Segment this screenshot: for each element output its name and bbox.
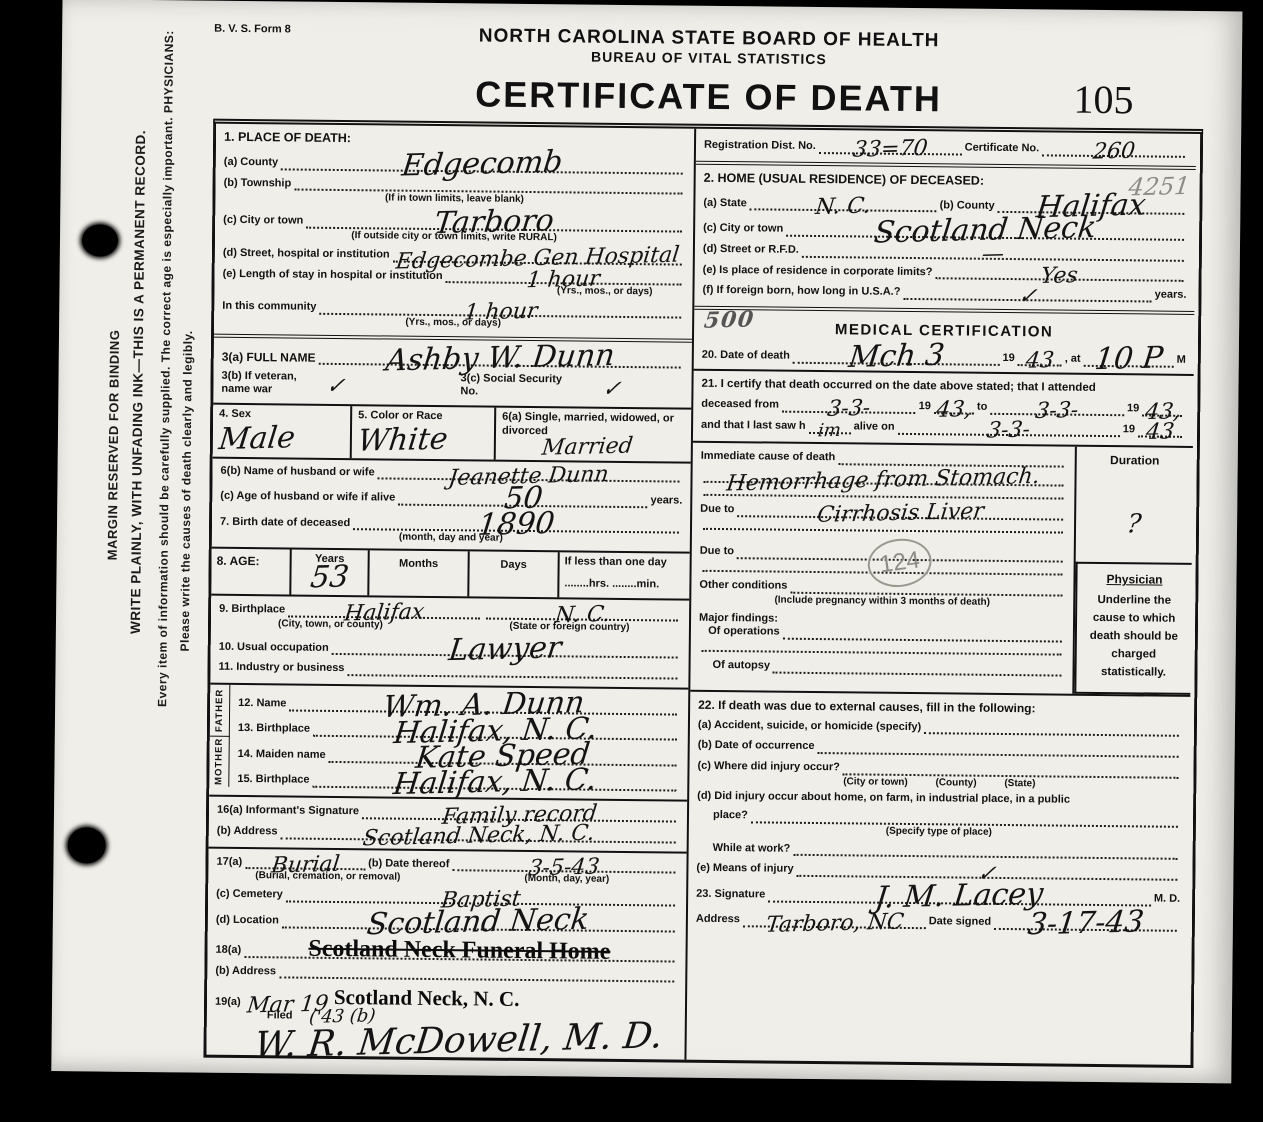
- age-months-label: Months: [399, 558, 438, 570]
- father-birthplace-row: 13. Birthplace Halifax, N. C.: [238, 717, 680, 740]
- from-19: 19: [919, 401, 931, 415]
- marital-cell: 6(a) Single, married, widowed, or divorc…: [496, 408, 692, 462]
- occurrence-date-field: [817, 748, 1178, 758]
- pencil-500: 500: [703, 311, 755, 329]
- accident-field: [924, 728, 1179, 737]
- attended-from-year: 43,: [935, 402, 972, 419]
- cemetery-location-label: (d) Location: [216, 913, 279, 927]
- hospital-label: (d) Street, hospital or institution: [223, 247, 390, 262]
- date-signed-label: Date signed: [929, 915, 991, 929]
- burial-date-label: (b) Date thereof: [368, 857, 449, 872]
- sex-value: Male: [218, 427, 297, 451]
- birthdate-field: 1890: [353, 512, 679, 534]
- mother-name-field: Kate Speed: [329, 744, 677, 766]
- last-saw-year-value: 43: [1145, 425, 1175, 442]
- attended-to-field: 3-3-: [990, 403, 1124, 417]
- mother-name-row: 14. Maiden name Kate Speed: [238, 743, 680, 766]
- injury-place-label2: place?: [713, 809, 748, 823]
- home-state-row: (a) State N. C. (b) County Halifax: [703, 192, 1187, 216]
- father-birthplace-label: 13. Birthplace: [238, 722, 310, 737]
- home-state-label: (a) State: [703, 196, 747, 210]
- due-to-2-label: Due to: [700, 545, 734, 559]
- home-heading: 2. HOME (USUAL RESIDENCE) OF DECEASED:: [704, 171, 1188, 190]
- accident-row: (a) Accident, suicide, or homicide (spec…: [698, 718, 1182, 737]
- occupation-row: 10. Usual occupation Lawyer: [219, 636, 681, 659]
- burial-type-row: 17(a) Burial (b) Date thereof 3-5-43: [216, 855, 678, 874]
- attended-from-year-field: 43,: [934, 402, 974, 415]
- attended-to-year-field: 43,: [1142, 404, 1182, 417]
- date-of-death-year-field: 43: [1018, 353, 1062, 366]
- physician-signature-label: 23. Signature: [696, 888, 765, 902]
- funeral-address-field: [279, 973, 674, 983]
- age-years-value: 53: [309, 566, 350, 590]
- to-19: 19: [1127, 403, 1139, 417]
- stay-field: 1 hour: [446, 271, 682, 286]
- spouse-age-label: (c) Age of husband or wife if alive: [220, 490, 395, 506]
- physician-note: Underline the cause to which death shoul…: [1081, 592, 1186, 682]
- father-name-label: 12. Name: [238, 697, 286, 711]
- age-less-cell: If less than one day ........hrs. ......…: [559, 553, 689, 599]
- county-value: Edgecomb: [400, 151, 563, 177]
- race-cell: 5. Color or Race White: [352, 406, 497, 459]
- certificate-title: CERTIFICATE OF DEATH: [475, 73, 942, 119]
- occurrence-date-label: (b) Date of occurrence: [698, 739, 815, 754]
- physician-address-value: Tarboro, NC: [764, 914, 904, 934]
- occurrence-date-row: (b) Date of occurrence: [698, 739, 1182, 758]
- physician-address-label: Address: [696, 913, 740, 927]
- registration-dist-field: 33=70: [819, 141, 962, 155]
- cause-of-death-block: Immediate cause of death Hemorrhage from…: [690, 441, 1193, 695]
- burial-type-field: Burial: [245, 857, 365, 871]
- certificate-no-value: 260: [1092, 144, 1136, 162]
- foreign-born-label: (f) If foreign born, how long in U.S.A.?: [702, 284, 900, 300]
- lastsaw-19: 19: [1123, 423, 1135, 437]
- mother-birthplace-label: 15. Birthplace: [237, 773, 309, 788]
- accident-label: (a) Accident, suicide, or homicide (spec…: [698, 718, 921, 734]
- external-causes-heading: 22. If death was due to external causes,…: [698, 697, 1182, 716]
- filed-row: 19(a) Mar 19 Scotland Neck, N. C.: [215, 984, 677, 1014]
- md-suffix: M. D.: [1154, 892, 1180, 906]
- date-signed-field: 3-17-43: [994, 911, 1177, 931]
- cemetery-location-value: Scotland Neck: [366, 909, 591, 937]
- hospital-field: Edgecombe Gen Hospital: [393, 250, 682, 266]
- veteran-label: 3(b) If veteran,name war: [221, 369, 296, 397]
- occupation-value: Lawyer: [447, 637, 562, 662]
- city-value: Tarboro: [433, 210, 555, 235]
- age-table: 8. AGE: Years 53 Months Days If less tha…: [211, 547, 689, 601]
- place-of-death-heading: 1. PLACE OF DEATH:: [224, 130, 686, 149]
- burial-type-value: Burial: [270, 857, 340, 875]
- date-of-death-label: 20. Date of death: [702, 349, 790, 364]
- township-label: (b) Township: [224, 176, 292, 190]
- corporate-limits-field: Yes: [935, 267, 1183, 282]
- mother-birthplace-field: Halifax, N. C.: [312, 769, 676, 791]
- burial-date-field: 3-5-43: [452, 859, 675, 874]
- attended-to-label: to: [977, 401, 988, 415]
- attended-from-field: 3-3-: [782, 400, 916, 414]
- immediate-cause-value-row: Hemorrhage from Stomach.: [700, 470, 1066, 486]
- physician-signature-row: 23. Signature J. M. Lacey M. D.: [696, 883, 1180, 907]
- race-value: White: [357, 428, 449, 453]
- last-saw-date-field: 3-3-: [897, 422, 1119, 437]
- corporate-limits-value: Yes: [1040, 268, 1079, 285]
- date-of-death-year-value: 43: [1025, 353, 1055, 370]
- home-city-label: (c) City or town: [703, 222, 783, 237]
- age-label: 8. AGE:: [217, 554, 260, 568]
- informant-address-label: (b) Address: [217, 824, 278, 838]
- county-of-death-row: (a) County Edgecomb: [224, 151, 686, 174]
- hospital-row: (d) Street, hospital or institution Edge…: [223, 247, 685, 266]
- county-label: (a) County: [224, 156, 279, 170]
- home-street-field: —: [802, 245, 1184, 262]
- full-name-label: 3(a) FULL NAME: [222, 349, 316, 364]
- spacer-line-4: [699, 646, 1065, 656]
- punch-hole-top: [82, 224, 118, 256]
- full-name-field: Ashby W. Dunn: [318, 346, 680, 368]
- certificate-serial-number: 105: [1073, 76, 1133, 124]
- foreign-born-field: ✓: [903, 287, 1151, 302]
- cemetery-row: (c) Cemetery Baptist: [216, 888, 678, 907]
- home-county-label: (b) County: [940, 199, 995, 213]
- immediate-cause-value: Hemorrhage from Stomach.: [726, 469, 1041, 493]
- home-state-field: N. C.: [750, 198, 937, 212]
- last-saw-year-field: 43: [1138, 425, 1182, 438]
- due-to-1-field: Cirrhosis Liver: [737, 505, 1063, 521]
- date-of-death-month-value: Mch 3: [847, 345, 945, 370]
- major-findings-label: Major findings: Of operations: [699, 611, 780, 639]
- mother-birthplace-row: 15. Birthplace Halifax, N. C.: [237, 768, 679, 791]
- last-saw-label: and that I last saw h: [701, 419, 806, 434]
- funeral-director-label: 18(a): [215, 943, 241, 957]
- birthplace-label: 9. Birthplace: [219, 603, 285, 617]
- city-label: (c) City or town: [223, 214, 303, 229]
- spouse-label: 6(b) Name of husband or wife: [221, 464, 375, 479]
- city-field: Tarboro: [306, 210, 682, 232]
- date-signed-value: 3-17-43: [1026, 911, 1144, 936]
- birthplace-city-field: Halifax: [288, 605, 480, 620]
- means-of-injury-label: (e) Means of injury: [696, 862, 793, 877]
- last-saw-alive-label: alive on: [854, 421, 895, 435]
- mother-side-box: MOTHER: [209, 736, 230, 787]
- margin-legibly-note: Please write the causes of death clearly…: [178, 330, 195, 651]
- while-at-work-field: [793, 850, 1177, 860]
- corporate-limits-label: (e) Is place of residence in corporate l…: [703, 263, 933, 279]
- spouse-age-suffix: years.: [650, 494, 682, 508]
- due-to-1-duration: ?: [1126, 515, 1142, 535]
- registration-dist-value: 33=70: [852, 141, 928, 159]
- last-saw-him-field: im: [809, 424, 851, 434]
- attended-from-row: deceased from 3-3- 19 43, to 3-3- 19 43,: [701, 398, 1185, 417]
- dod-m-suffix: M: [1177, 354, 1186, 368]
- foreign-born-row: (f) If foreign born, how long in U.S.A.?…: [702, 284, 1186, 303]
- injury-place-label: (d) Did injury occur about home, on farm…: [697, 790, 1181, 807]
- injury-where-label: (c) Where did injury occur?: [697, 760, 840, 775]
- foreign-born-suffix: years.: [1155, 289, 1187, 303]
- while-at-work-row: While at work?: [697, 841, 1181, 860]
- ssn-checkmark: ✓: [601, 382, 621, 399]
- autopsy-row: Of autopsy: [698, 659, 1064, 677]
- margin-physicians-note: Every item of information should be care…: [155, 30, 176, 707]
- margin-permanent-record-note: WRITE PLAINLY, WITH UNFADING INK—THIS IS…: [128, 130, 148, 634]
- informant-address-value: Scotland Neck, N. C.: [361, 826, 595, 848]
- due-to-2-field: 124: [737, 537, 1063, 562]
- informant-signature-field: Family record: [362, 807, 676, 823]
- age-hrs-min-label: ........hrs. ........min.: [564, 577, 684, 592]
- last-saw-date-value: 3-3-: [986, 423, 1031, 441]
- registrar-signature: W. R. McDowell, M. D.: [253, 1022, 664, 1059]
- margin-binding-note: MARGIN RESERVED FOR BINDING: [105, 330, 122, 561]
- informant-address-row: (b) Address Scotland Neck, N. C.: [217, 824, 679, 843]
- mother-side-label: MOTHER: [213, 738, 224, 785]
- corporate-limits-row: (e) Is place of residence in corporate l…: [703, 263, 1187, 282]
- date-of-death-row: 20. Date of death Mch 3 19 43 , at 10 P …: [702, 344, 1186, 368]
- cemetery-label: (c) Cemetery: [216, 888, 283, 902]
- full-name-row: 3(a) FULL NAME Ashby W. Dunn: [222, 345, 684, 368]
- filed-item-label: 19(a): [215, 995, 241, 1009]
- date-of-death-time-value: 10 P: [1093, 347, 1163, 371]
- mother-birthplace-value: Halifax, N. C.: [392, 769, 598, 797]
- dod-at: , at: [1065, 352, 1081, 366]
- burial-date-value: 3-5-43: [528, 859, 601, 877]
- ssn-row: 3(c) Social SecurityNo. ✓: [452, 372, 691, 402]
- date-of-death-time-field: 10 P: [1084, 348, 1174, 367]
- physician-address-field: Tarboro, NC: [743, 915, 926, 929]
- dod-19-prefix: 19: [1002, 352, 1014, 366]
- birthplace-state-field: N. C.: [486, 607, 678, 622]
- burial-type-label: 17(a): [216, 855, 242, 869]
- scanned-death-certificate: MARGIN RESERVED FOR BINDING WRITE PLAINL…: [0, 0, 1263, 1122]
- funeral-address-row: (b) Address: [215, 964, 677, 983]
- autopsy-field: [773, 667, 1062, 676]
- autopsy-label: Of autopsy: [712, 659, 770, 673]
- registrar-signature-row: W. R. McDowell, M. D.: [214, 1025, 676, 1060]
- physician-title: Physician: [1082, 572, 1186, 587]
- spouse-age-field: 50: [398, 487, 647, 508]
- cemetery-location-row: (d) Location Scotland Neck: [216, 909, 678, 932]
- while-at-work-label: While at work?: [713, 841, 791, 856]
- birthdate-label: 7. Birth date of deceased: [220, 515, 350, 530]
- operations-field: [783, 634, 1062, 643]
- home-street-label: (d) Street or R.F.D.: [703, 243, 799, 258]
- informant-signature-label: 16(a) Informant's Signature: [217, 804, 359, 819]
- parents-block: FATHER MOTHER 12. Name Wm. A. Dunn 13. B…: [209, 683, 688, 792]
- father-side-box: FATHER: [210, 685, 231, 737]
- birthplace-city-value: Halifax: [343, 605, 425, 624]
- certificate-no-field: 260: [1042, 144, 1185, 158]
- punch-hole-bottom: [67, 827, 105, 863]
- due-to-1-label: Due to: [700, 503, 734, 517]
- registration-dist-label: Registration Dist. No.: [704, 139, 816, 154]
- occupation-label: 10. Usual occupation: [219, 640, 329, 655]
- due-to-2-row: Due to 124: [700, 537, 1066, 563]
- immediate-cause-label: Immediate cause of death: [701, 450, 836, 465]
- cemetery-location-field: Scotland Neck: [282, 909, 675, 932]
- major-findings-row: Major findings: Of operations: [699, 611, 1065, 642]
- date-of-death-month-field: Mch 3: [793, 345, 1000, 366]
- home-street-value: —: [981, 247, 1005, 264]
- occupation-field: Lawyer: [332, 637, 678, 659]
- attended-to-value: 3-3-: [1035, 403, 1080, 421]
- physician-note-box: Physician Underline the cause to which d…: [1074, 562, 1191, 694]
- duration-column: Duration ? Physician Underline the cause…: [1072, 447, 1193, 695]
- immediate-cause-value-field: Hemorrhage from Stomach.: [703, 471, 1063, 487]
- mother-name-label: 14. Maiden name: [238, 748, 326, 763]
- veteran-checkmark: ✓: [326, 379, 346, 396]
- foreign-born-checkmark: ✓: [1017, 288, 1037, 305]
- birthplace-state-value: N. C.: [554, 607, 611, 625]
- community-value: 1 hour: [463, 303, 538, 321]
- physician-signature-field: J. M. Lacey: [768, 884, 1151, 907]
- sex-cell: 4. Sex Male: [213, 405, 353, 458]
- community-label: In this community: [222, 300, 316, 315]
- duration-label: Duration: [1110, 453, 1159, 468]
- certificate-form: B. V. S. Form 8 NORTH CAROLINA STATE BOA…: [203, 23, 1204, 1068]
- home-state-value: N. C.: [815, 198, 872, 216]
- full-name-value: Ashby W. Dunn: [384, 345, 615, 373]
- informant-address-field: Scotland Neck, N. C.: [280, 826, 675, 843]
- last-saw-him-value: im: [817, 424, 841, 438]
- attended-from-label: deceased from: [701, 398, 779, 413]
- right-column: Registration Dist. No. 33=70 Certificate…: [686, 129, 1196, 1065]
- funeral-address-label: (b) Address: [215, 964, 276, 978]
- birthdate-value: 1890: [477, 513, 556, 537]
- marital-value: Married: [541, 438, 634, 457]
- other-conditions-label: Other conditions: [699, 579, 787, 594]
- county-field: Edgecomb: [281, 151, 683, 174]
- due-to-1-row: Due to Cirrhosis Liver: [700, 503, 1066, 521]
- physician-signature-value: J. M. Lacey: [874, 883, 1044, 910]
- father-birthplace-field: Halifax, N. C.: [313, 718, 677, 740]
- industry-label: 11. Industry or business: [218, 661, 344, 676]
- attended-from-value: 3-3-: [826, 400, 871, 418]
- informant-signature-row: 16(a) Informant's Signature Family recor…: [217, 804, 679, 823]
- age-less-label: If less than one day: [565, 556, 685, 571]
- father-name-field: Wm. A. Dunn: [289, 692, 677, 715]
- certificate-paper: MARGIN RESERVED FOR BINDING WRITE PLAINL…: [51, 0, 1242, 1083]
- father-name-row: 12. Name Wm. A. Dunn: [238, 692, 680, 715]
- father-side-label: FATHER: [214, 688, 225, 731]
- registration-row: Registration Dist. No. 33=70 Certificate…: [704, 139, 1188, 158]
- age-days-label: Days: [500, 559, 526, 571]
- due-to-1-value: Cirrhosis Liver: [816, 504, 984, 525]
- certify-statement: 21. I certify that death occurred on the…: [701, 376, 1185, 396]
- stay-value: 1 hour: [526, 271, 601, 289]
- age-years-cell: Years 53: [291, 550, 369, 596]
- left-column: 1. PLACE OF DEATH: (a) County Edgecomb (…: [206, 124, 696, 1060]
- certificate-no-label: Certificate No.: [965, 142, 1040, 157]
- industry-field: [347, 670, 677, 679]
